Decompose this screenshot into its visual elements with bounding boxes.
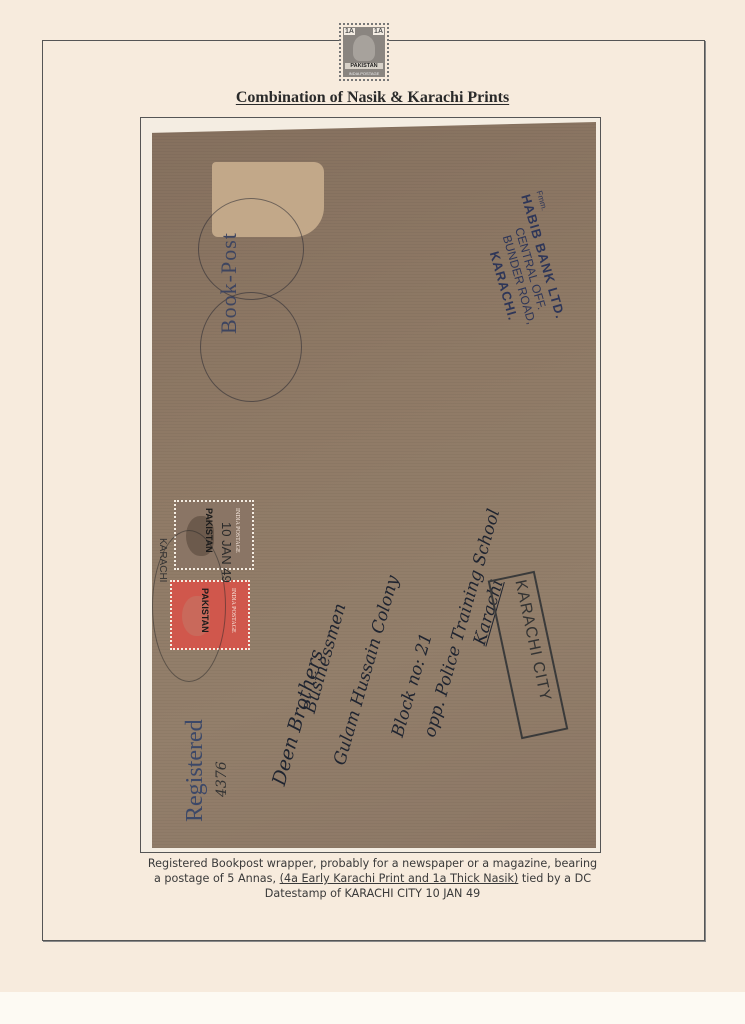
bookpost-wrapper-image: Book-Post Fmm. HABIB BANK LTD. CENTRAL O…: [152, 122, 596, 848]
caption-line-1: Registered Bookpost wrapper, probably fo…: [130, 856, 615, 871]
datestamp-date: 10 JAN 49: [219, 522, 234, 583]
page-bottom-margin: [0, 992, 745, 1024]
page-title: Combination of Nasik & Karachi Prints: [0, 89, 745, 107]
caption-text: a postage of 5 Annas,: [154, 872, 280, 885]
address-line: Gulam Hussain Colony: [330, 573, 403, 767]
stamp-overprint: PAKISTAN: [345, 63, 383, 69]
cover-caption: Registered Bookpost wrapper, probably fo…: [130, 856, 615, 901]
stamp-value-left: 1A: [344, 28, 355, 35]
stamp-inscription: INDIA POSTAGE: [230, 588, 236, 633]
caption-underlined-text: (4a Early Karachi Print and 1a Thick Nas…: [280, 872, 519, 885]
book-post-label: Book-Post: [216, 232, 242, 334]
datestamp-city: KARACHI: [157, 538, 168, 582]
karachi-city-boxed-cancel: KARACHI CITY: [488, 571, 569, 739]
registration-number: 4376: [214, 761, 230, 797]
stamp-value-right: 1A: [373, 28, 384, 35]
caption-line-2: a postage of 5 Annas, (4a Early Karachi …: [130, 871, 615, 886]
caption-text: tied by a DC: [518, 872, 591, 885]
postmark-circle-1: [198, 198, 304, 300]
registered-label: Registered: [182, 719, 209, 822]
king-portrait-icon: [353, 35, 375, 61]
stamp-inscription: INDIA POSTAGE: [345, 71, 383, 76]
stamp-inscription: INDIA POSTAGE: [234, 508, 240, 553]
header-stamp-image: 1A 1A PAKISTAN INDIA POSTAGE: [339, 23, 389, 81]
karachi-city-text: KARACHI CITY: [510, 578, 553, 703]
caption-line-3: Datestamp of KARACHI CITY 10 JAN 49: [130, 886, 615, 901]
